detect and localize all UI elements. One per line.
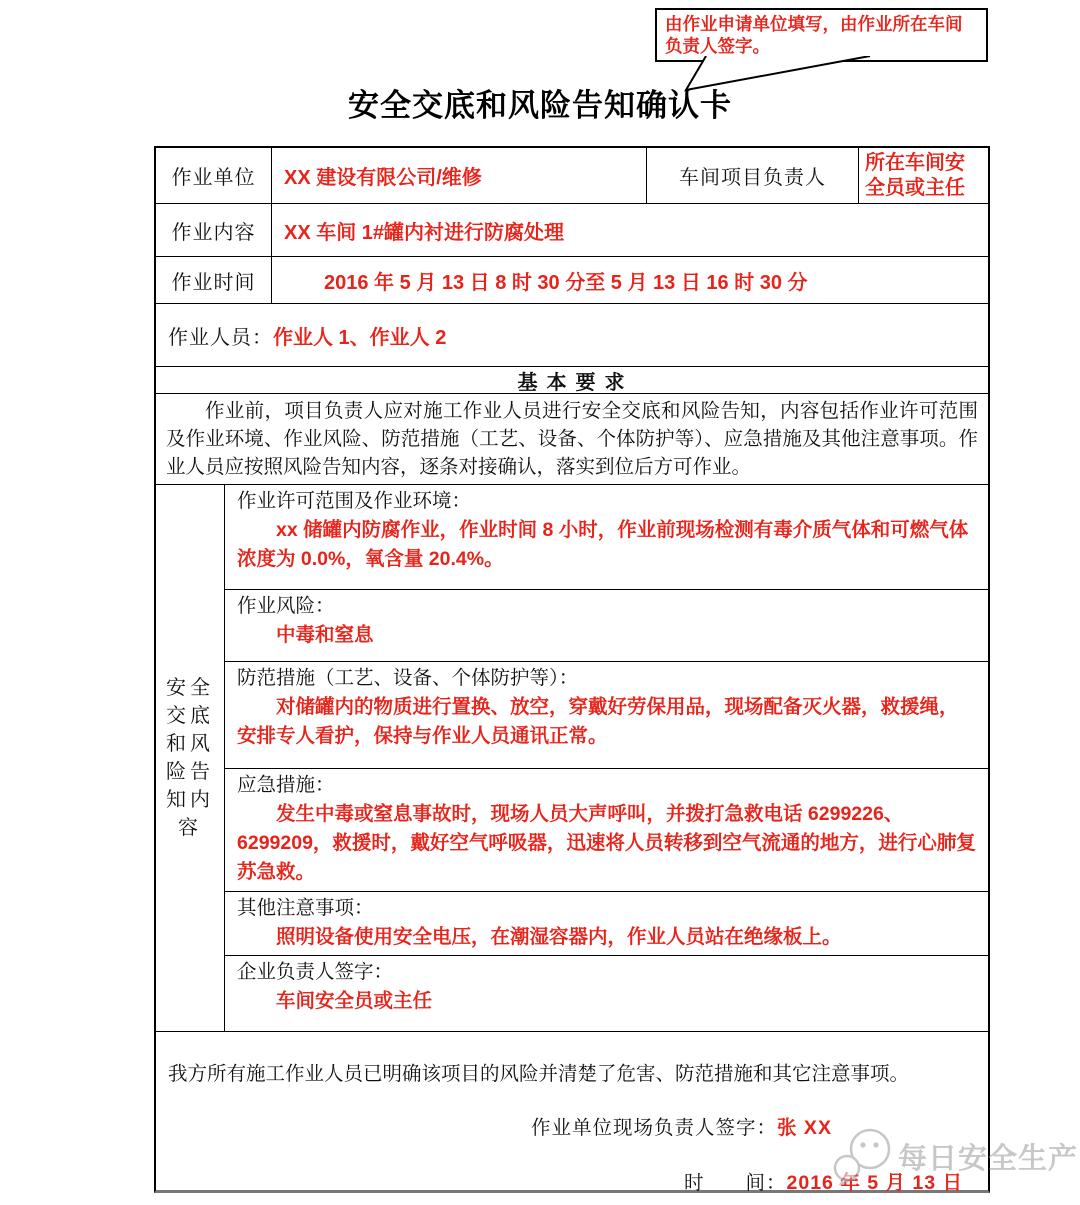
work-content-row: 作业内容 XX 车间 1#罐内衬进行防腐处理 [156,204,988,257]
work-content-value: XX 车间 1#罐内衬进行防腐处理 [272,204,988,256]
safety-card-table: 作业单位 XX 建设有限公司/维修 车间项目负责人 所在车间安全员或主任 作业内… [154,146,990,1193]
signature-value: 张 XX [777,1117,832,1139]
work-unit-label: 作业单位 [156,148,272,203]
disclosure-row-label: 作业风险： [237,593,976,621]
disclosure-row-risk: 作业风险： 中毒和窒息 [225,590,988,662]
workshop-manager-label: 车间项目负责人 [647,148,859,203]
disclosure-row-value: 车间安全员或主任 [237,987,976,1016]
disclosure-row-permit: 作业许可范围及作业环境： xx 储罐内防腐作业，作业时间 8 小时，作业前现场检… [225,485,988,590]
signature-time-line: 时 间：2016 年 5 月 13 日 [684,1167,963,1195]
work-unit-row: 作业单位 XX 建设有限公司/维修 车间项目负责人 所在车间安全员或主任 [156,148,988,204]
disclosure-row-label: 防范措施（工艺、设备、个体防护等）： [237,665,976,693]
basic-requirements-header: 基 本 要 求 [156,367,988,394]
disclosure-row-other-notes: 其他注意事项： 照明设备使用安全电压，在潮湿容器内，作业人员站在绝缘板上。 [225,892,988,956]
disclosure-rows: 作业许可范围及作业环境： xx 储罐内防腐作业，作业时间 8 小时，作业前现场检… [225,485,988,1031]
disclosure-row-precaution: 防范措施（工艺、设备、个体防护等）： 对储罐内的物质进行置换、放空，穿戴好劳保用… [225,662,988,770]
disclosure-row-label: 作业许可范围及作业环境： [237,488,976,516]
callout-tail-icon [618,56,898,94]
disclosure-row-label: 其他注意事项： [237,895,976,923]
disclosure-section: 安全交底和风险告知内容 作业许可范围及作业环境： xx 储罐内防腐作业，作业时间… [156,485,988,1032]
workshop-manager-value: 所在车间安全员或主任 [859,148,988,203]
page-root: 由作业申请单位填写，由作业所在车间负责人签字。 安全交底和风险告知确认卡 作业单… [0,0,1080,1205]
workers-label: 作业人员： [168,321,273,350]
work-time-value: 2016 年 5 月 13 日 8 时 30 分至 5 月 13 日 16 时 … [272,257,988,303]
work-unit-value: XX 建设有限公司/维修 [272,148,647,203]
work-time-row: 作业时间 2016 年 5 月 13 日 8 时 30 分至 5 月 13 日 … [156,257,988,304]
disclosure-row-label: 应急措施： [237,772,976,800]
work-time-label: 作业时间 [156,257,272,303]
work-content-label: 作业内容 [156,204,272,256]
disclosure-row-value: 对储罐内的物质进行置换、放空，穿戴好劳保用品，现场配备灭火器，救援绳，安排专人看… [237,693,976,751]
disclosure-row-value: 中毒和窒息 [237,621,976,650]
disclosure-side-label-cell: 安全交底和风险告知内容 [156,485,225,1031]
time-value: 2016 年 5 月 13 日 [787,1172,964,1194]
basic-requirements-text: 作业前，项目负责人应对施工作业人员进行安全交底和风险告知，内容包括作业许可范围及… [166,398,978,482]
confirmation-statement: 我方所有施工作业人员已明确该项目的风险并清楚了危害、防范措施和其它注意事项。 [156,1032,988,1086]
workers-value: 作业人 1、作业人 2 [273,321,446,350]
basic-requirements-body: 作业前，项目负责人应对施工作业人员进行安全交底和风险告知，内容包括作业许可范围及… [156,394,988,485]
disclosure-row-emergency: 应急措施： 发生中毒或窒息事故时，现场人员大声呼叫，并拨打急救电话 629922… [225,769,988,892]
disclosure-side-label: 安全交底和风险告知内容 [165,674,215,842]
confirmation-section: 我方所有施工作业人员已明确该项目的风险并清楚了危害、防范措施和其它注意事项。 作… [156,1032,988,1191]
signature-label: 作业单位现场负责人签字： [531,1118,777,1139]
disclosure-row-value: 照明设备使用安全电压，在潮湿容器内，作业人员站在绝缘板上。 [237,923,976,952]
disclosure-row-company-signature: 企业负责人签字： 车间安全员或主任 [225,956,988,1031]
disclosure-row-value: xx 储罐内防腐作业，作业时间 8 小时，作业前现场检测有毒介质气体和可燃气体浓… [237,516,976,574]
time-label: 时 间： [684,1173,787,1194]
disclosure-row-value: 发生中毒或窒息事故时，现场人员大声呼叫，并拨打急救电话 6299226、6299… [237,800,976,887]
page-title: 安全交底和风险告知确认卡 [0,80,1080,125]
disclosure-row-label: 企业负责人签字： [237,959,976,987]
callout-note: 由作业申请单位填写，由作业所在车间负责人签字。 [655,8,988,62]
workers-row: 作业人员： 作业人 1、作业人 2 [156,304,988,367]
site-manager-signature-line: 作业单位现场负责人签字：张 XX [531,1112,832,1140]
callout-text: 由作业申请单位填写，由作业所在车间负责人签字。 [665,14,963,56]
